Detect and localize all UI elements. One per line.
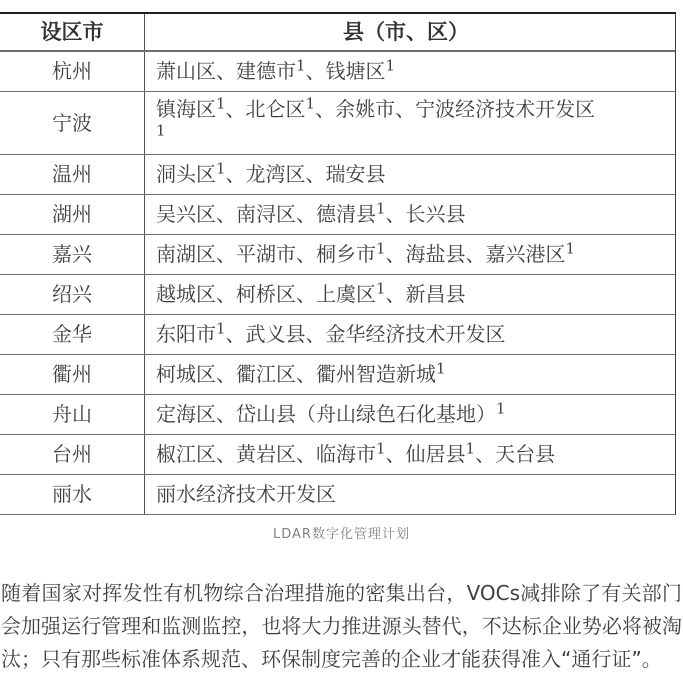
counties-text: 洞头区1、龙湾区、瑞安县 <box>156 161 386 188</box>
city-cell: 金华 <box>0 315 145 354</box>
table-header-row: 设区市 县（市、区） <box>0 14 675 52</box>
table-body: 杭州 萧山区、建德市1、钱塘区1 宁波 镇海区1、北仑区1、余姚市、宁波经济技术… <box>0 52 675 515</box>
header-cell-counties: 县（市、区） <box>145 14 675 50</box>
counties-text: 东阳市1、武义县、金华经济技术开发区 <box>156 321 506 348</box>
city-cell: 丽水 <box>0 475 145 514</box>
counties-cell: 越城区、柯桥区、上虞区1、新昌县 <box>145 275 675 314</box>
counties-text: 柯城区、衢江区、衢州智造新城1 <box>156 361 446 388</box>
table-row: 丽水 丽水经济技术开发区 <box>0 475 675 515</box>
counties-text: 越城区、柯桥区、上虞区1、新昌县 <box>156 281 466 308</box>
table-row: 杭州 萧山区、建德市1、钱塘区1 <box>0 52 675 92</box>
counties-cell: 椒江区、黄岩区、临海市1、仙居县1、天台县 <box>145 435 675 474</box>
city-cell: 绍兴 <box>0 275 145 314</box>
table-row: 宁波 镇海区1、北仑区1、余姚市、宁波经济技术开发区1 <box>0 92 675 155</box>
body-paragraph: 随着国家对挥发性有机物综合治理措施的密集出台，VOCs减排除了有关部门会加强运行… <box>1 577 682 676</box>
table-row: 温州 洞头区1、龙湾区、瑞安县 <box>0 155 675 195</box>
counties-cell: 镇海区1、北仑区1、余姚市、宁波经济技术开发区1 <box>145 92 675 154</box>
counties-text: 定海区、岱山县（舟山绿色石化基地）1 <box>156 401 506 428</box>
counties-cell: 洞头区1、龙湾区、瑞安县 <box>145 155 675 194</box>
counties-text: 萧山区、建德市1、钱塘区1 <box>156 58 395 85</box>
article-page: 设区市 县（市、区） 杭州 萧山区、建德市1、钱塘区1 宁波 镇海区1、北仑区1… <box>0 0 683 687</box>
city-cell: 嘉兴 <box>0 235 145 274</box>
table-row: 衢州 柯城区、衢江区、衢州智造新城1 <box>0 355 675 395</box>
regions-table: 设区市 县（市、区） 杭州 萧山区、建德市1、钱塘区1 宁波 镇海区1、北仑区1… <box>0 12 676 515</box>
counties-text: 镇海区1、北仑区1、余姚市、宁波经济技术开发区1 <box>156 96 595 150</box>
city-cell: 舟山 <box>0 395 145 434</box>
counties-text: 吴兴区、南浔区、德清县1、长兴县 <box>156 201 466 228</box>
counties-cell: 定海区、岱山县（舟山绿色石化基地）1 <box>145 395 675 434</box>
counties-cell: 南湖区、平湖市、桐乡市1、海盐县、嘉兴港区1 <box>145 235 675 274</box>
counties-cell: 丽水经济技术开发区 <box>145 475 675 514</box>
city-cell: 杭州 <box>0 52 145 91</box>
counties-cell: 吴兴区、南浔区、德清县1、长兴县 <box>145 195 675 234</box>
table-row: 绍兴 越城区、柯桥区、上虞区1、新昌县 <box>0 275 675 315</box>
counties-cell: 东阳市1、武义县、金华经济技术开发区 <box>145 315 675 354</box>
counties-text: 丽水经济技术开发区 <box>156 481 336 508</box>
counties-text: 南湖区、平湖市、桐乡市1、海盐县、嘉兴港区1 <box>156 241 575 268</box>
city-cell: 湖州 <box>0 195 145 234</box>
counties-text: 椒江区、黄岩区、临海市1、仙居县1、天台县 <box>156 441 555 468</box>
table-row: 舟山 定海区、岱山县（舟山绿色石化基地）1 <box>0 395 675 435</box>
city-cell: 温州 <box>0 155 145 194</box>
city-cell: 衢州 <box>0 355 145 394</box>
city-cell: 台州 <box>0 435 145 474</box>
city-cell: 宁波 <box>0 92 145 154</box>
table-row: 湖州 吴兴区、南浔区、德清县1、长兴县 <box>0 195 675 235</box>
table-caption: LDAR数字化管理计划 <box>0 523 683 542</box>
table-row: 台州 椒江区、黄岩区、临海市1、仙居县1、天台县 <box>0 435 675 475</box>
header-cell-city: 设区市 <box>0 14 145 50</box>
counties-cell: 萧山区、建德市1、钱塘区1 <box>145 52 675 91</box>
table-row: 嘉兴 南湖区、平湖市、桐乡市1、海盐县、嘉兴港区1 <box>0 235 675 275</box>
counties-cell: 柯城区、衢江区、衢州智造新城1 <box>145 355 675 394</box>
table-row: 金华 东阳市1、武义县、金华经济技术开发区 <box>0 315 675 355</box>
